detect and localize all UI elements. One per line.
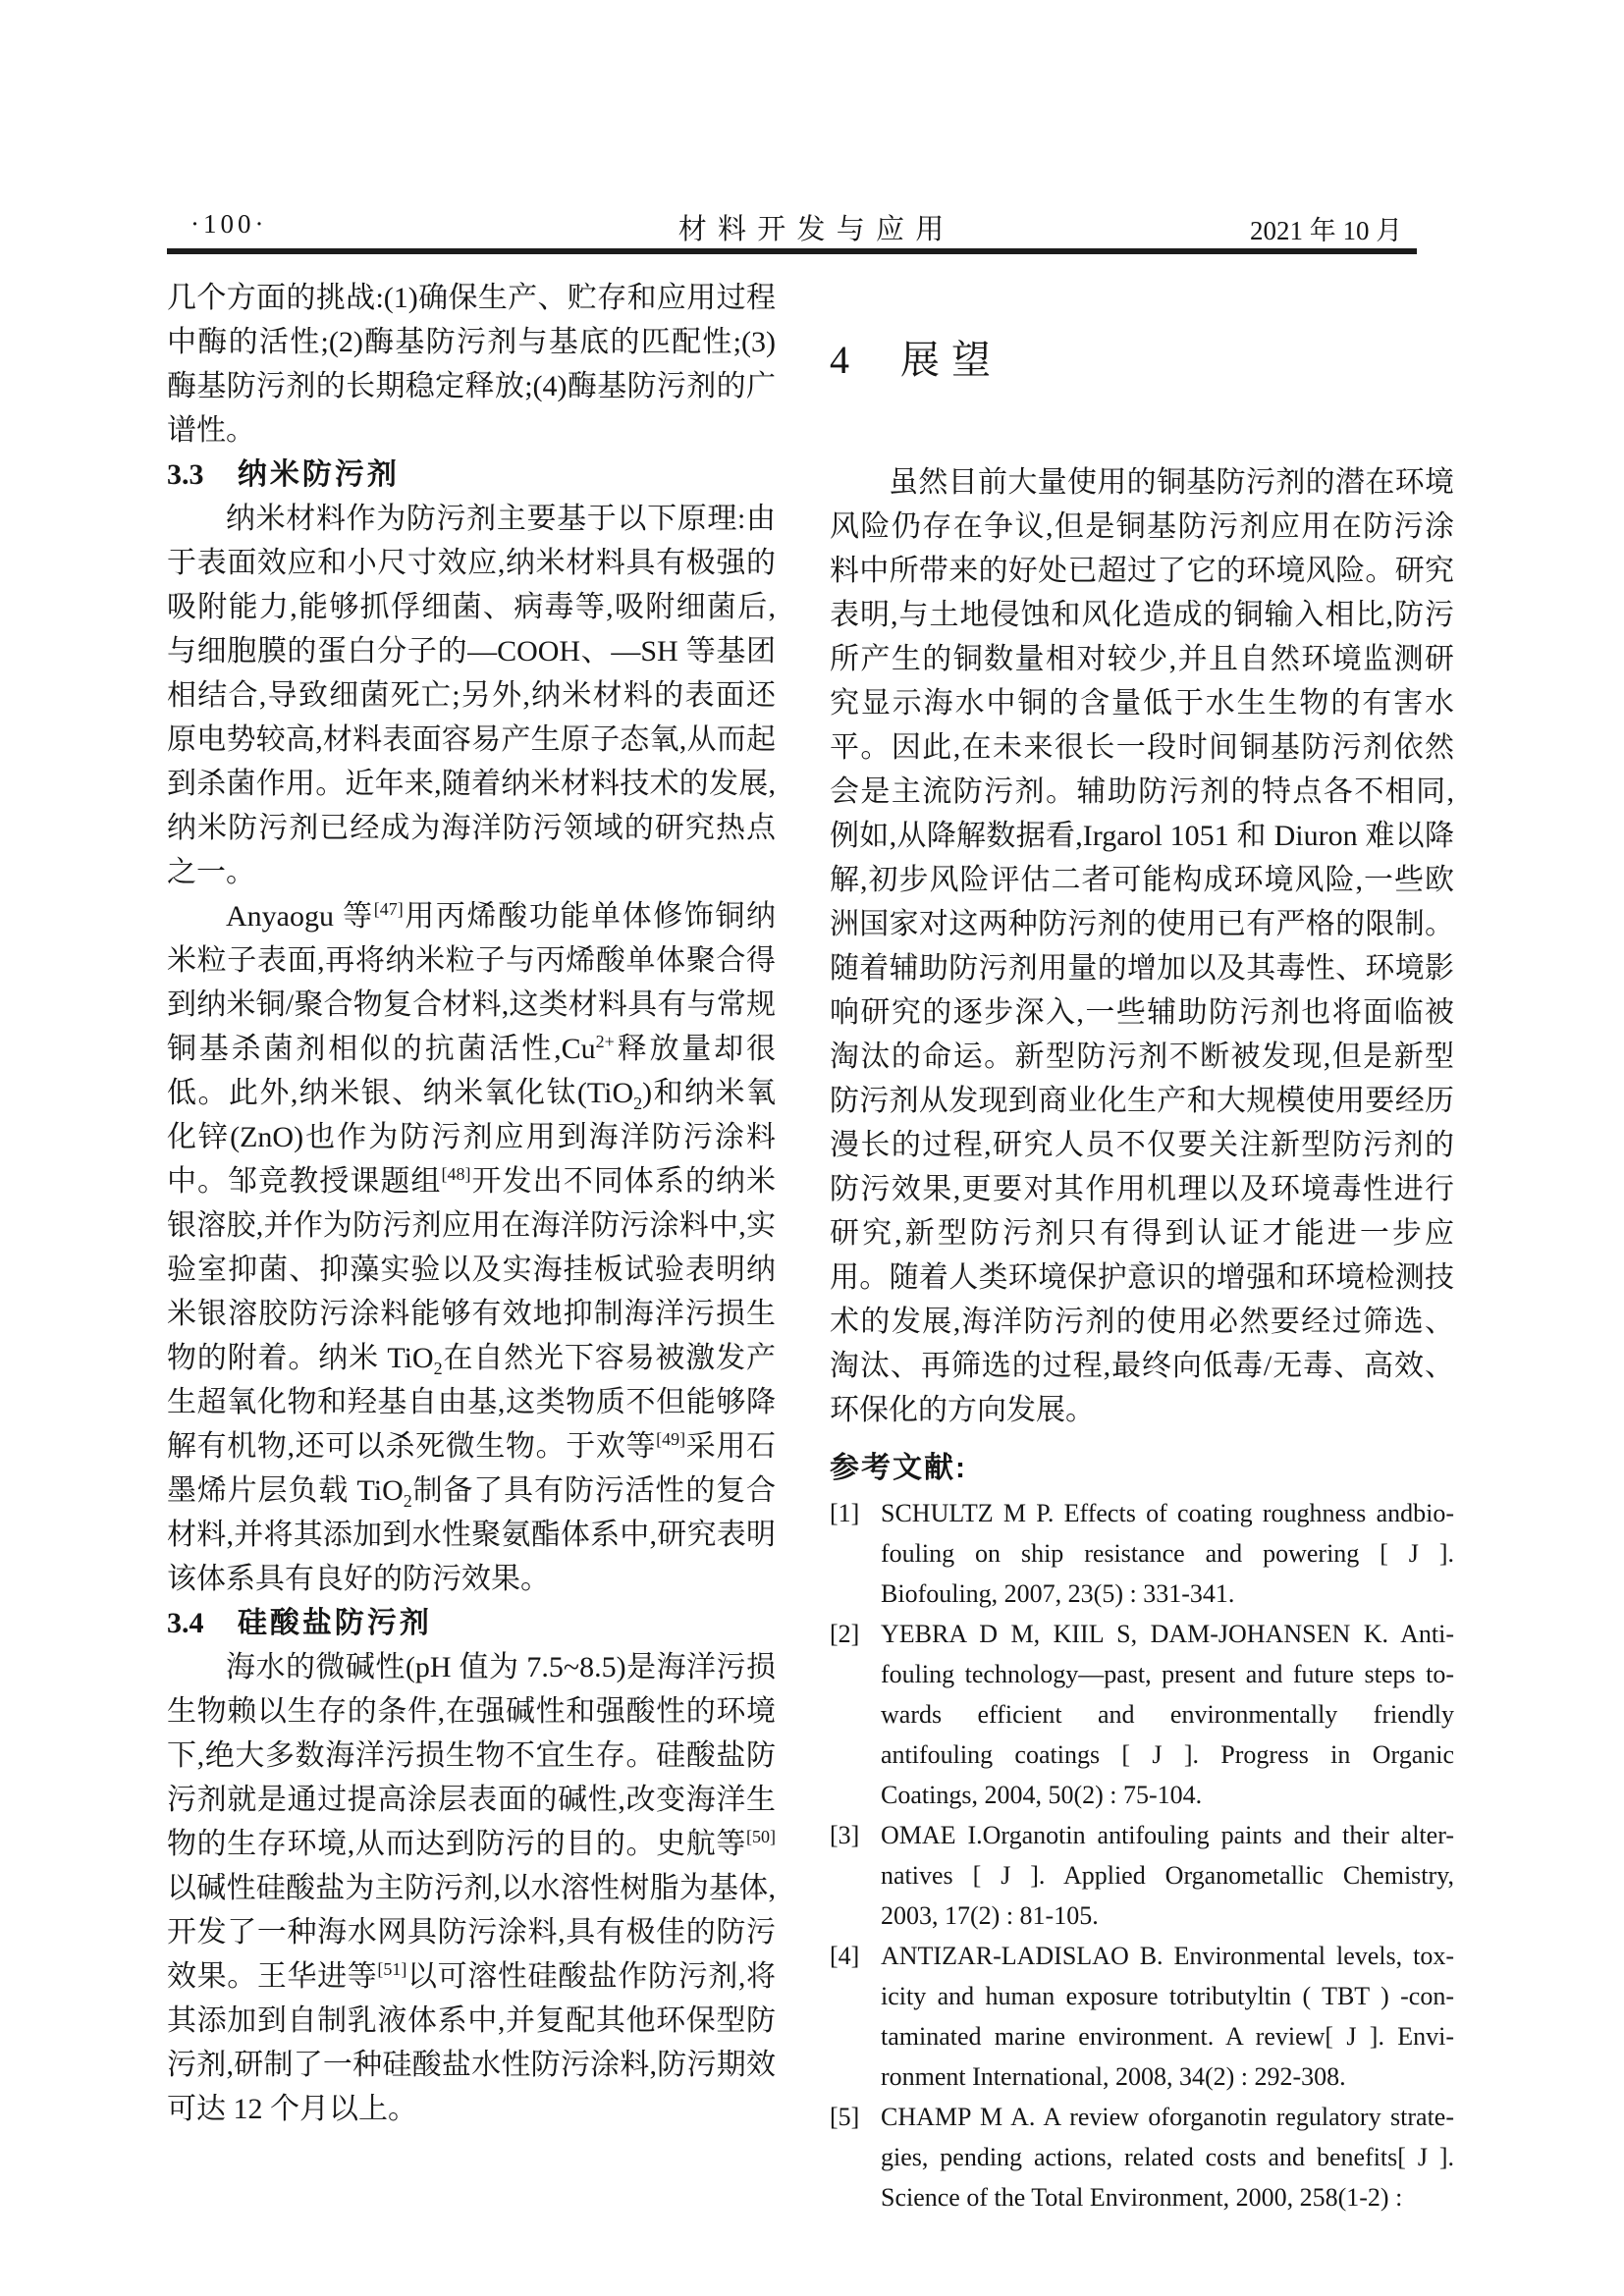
section-title: 硅酸盐防污剂 <box>238 1607 432 1639</box>
reference-line: gies, pending actions, related costs and… <box>881 2137 1454 2177</box>
sup-text: [47] <box>374 899 404 919</box>
reference-text: YEBRA D M, KIIL S, DAM-JOHANSEN K. Anti-… <box>881 1614 1454 1815</box>
paragraph-nano-principle: 纳米材料作为防污剂主要基于以下原理:由于表面效应和小尺寸效应,纳米材料具有极强的… <box>167 497 776 894</box>
section-number: 4 <box>830 338 849 382</box>
reference-line: OMAE I.Organotin antifouling paints and … <box>881 1815 1454 1855</box>
reference-text: SCHULTZ M P. Effects of coating roughnes… <box>881 1493 1454 1614</box>
reference-label: [3] <box>830 1815 881 1936</box>
sub-text: 2 <box>633 1094 642 1113</box>
reference-label: [2] <box>830 1614 881 1815</box>
reference-label: [4] <box>830 1936 881 2097</box>
reference-text: CHAMP M A. A review oforganotin regulato… <box>881 2097 1454 2217</box>
sup-text: 2+ <box>596 1032 615 1051</box>
sup-text: [49] <box>656 1429 685 1449</box>
section-title: 纳米防污剂 <box>238 458 400 491</box>
section-heading-3-3: 3.3 纳米防污剂 <box>167 453 776 497</box>
references-heading: 参考文献: <box>830 1446 1454 1490</box>
paragraph-outlook: 虽然目前大量使用的铜基防污剂的潜在环境风险仍存在争议,但是铜基防污剂应用在防污涂… <box>830 460 1454 1432</box>
sub-text: 2 <box>404 1491 412 1511</box>
reference-line: fouling on ship resistance and powering … <box>881 1533 1454 1574</box>
sub-text: 2 <box>434 1359 443 1378</box>
section-number: 3.4 <box>167 1607 204 1639</box>
section-heading-3-4: 3.4 硅酸盐防污剂 <box>167 1601 776 1645</box>
reference-item: [5]CHAMP M A. A review oforganotin regul… <box>830 2097 1454 2217</box>
reference-item: [2]YEBRA D M, KIIL S, DAM-JOHANSEN K. An… <box>830 1614 1454 1815</box>
reference-line: Science of the Total Environment, 2000, … <box>881 2177 1454 2217</box>
reference-label: [1] <box>830 1493 881 1614</box>
journal-title: 材 料 开 发 与 应 用 <box>678 207 947 247</box>
reference-line: natives [ J ]. Applied Organometallic Ch… <box>881 1855 1454 1896</box>
text-run: Anyaogu 等 <box>226 900 374 933</box>
reference-line: SCHULTZ M P. Effects of coating roughnes… <box>881 1493 1454 1533</box>
reference-line: Coatings, 2004, 50(2) : 75-104. <box>881 1775 1454 1815</box>
reference-text: ANTIZAR-LADISLAO B. Environmental levels… <box>881 1936 1454 2097</box>
paragraph-enzyme-challenges: 几个方面的挑战:(1)确保生产、贮存和应用过程中酶的活性;(2)酶基防污剂与基底… <box>167 276 776 453</box>
sup-text: [51] <box>377 1959 406 1979</box>
reference-line: ronment International, 2008, 34(2) : 292… <box>881 2056 1454 2097</box>
reference-line: YEBRA D M, KIIL S, DAM-JOHANSEN K. Anti- <box>881 1614 1454 1654</box>
reference-line: fouling technology—past, present and fut… <box>881 1654 1454 1694</box>
page-number: ·100· <box>190 209 267 240</box>
reference-line: wards efficient and environmentally frie… <box>881 1694 1454 1735</box>
sup-text: [48] <box>441 1164 470 1184</box>
reference-label: [5] <box>830 2097 881 2217</box>
reference-line: Biofouling, 2007, 23(5) : 331-341. <box>881 1574 1454 1614</box>
reference-text: OMAE I.Organotin antifouling paints and … <box>881 1815 1454 1936</box>
reference-line: CHAMP M A. A review oforganotin regulato… <box>881 2097 1454 2137</box>
right-column: 4 展望 虽然目前大量使用的铜基防污剂的潜在环境风险仍存在争议,但是铜基防污剂应… <box>830 276 1454 2217</box>
references-list: [1]SCHULTZ M P. Effects of coating rough… <box>830 1493 1454 2217</box>
reference-line: ANTIZAR-LADISLAO B. Environmental levels… <box>881 1936 1454 1976</box>
text-run: 海水的微碱性(pH 值为 7.5~8.5)是海洋污损生物赖以生存的条件,在强碱性… <box>167 1651 776 1860</box>
journal-page: ·100· 材 料 开 发 与 应 用 2021 年 10 月 几个方面的挑战:… <box>0 0 1624 2296</box>
paragraph-silicate: 海水的微碱性(pH 值为 7.5~8.5)是海洋污损生物赖以生存的条件,在强碱性… <box>167 1645 776 2131</box>
reference-line: taminated marine environment. A review[ … <box>881 2016 1454 2056</box>
section-title: 展望 <box>900 338 1002 382</box>
reference-item: [3]OMAE I.Organotin antifouling paints a… <box>830 1815 1454 1936</box>
sup-text: [50] <box>746 1827 776 1846</box>
reference-line: 2003, 17(2) : 81-105. <box>881 1896 1454 1936</box>
left-column: 几个方面的挑战:(1)确保生产、贮存和应用过程中酶的活性;(2)酶基防污剂与基底… <box>167 276 776 2131</box>
reference-line: antifouling coatings [ J ]. Progress in … <box>881 1735 1454 1775</box>
paragraph-nano-applications: Anyaogu 等[47]用丙烯酸功能单体修饰铜纳米粒子表面,再将纳米粒子与丙烯… <box>167 894 776 1601</box>
reference-line: icity and human exposure totributyltin (… <box>881 1976 1454 2016</box>
reference-item: [4]ANTIZAR-LADISLAO B. Environmental lev… <box>830 1936 1454 2097</box>
issue-date: 2021 年 10 月 <box>1250 209 1402 247</box>
section-number: 3.3 <box>167 458 204 491</box>
header-rule <box>167 248 1417 254</box>
section-heading-4: 4 展望 <box>830 337 1454 384</box>
reference-item: [1]SCHULTZ M P. Effects of coating rough… <box>830 1493 1454 1614</box>
